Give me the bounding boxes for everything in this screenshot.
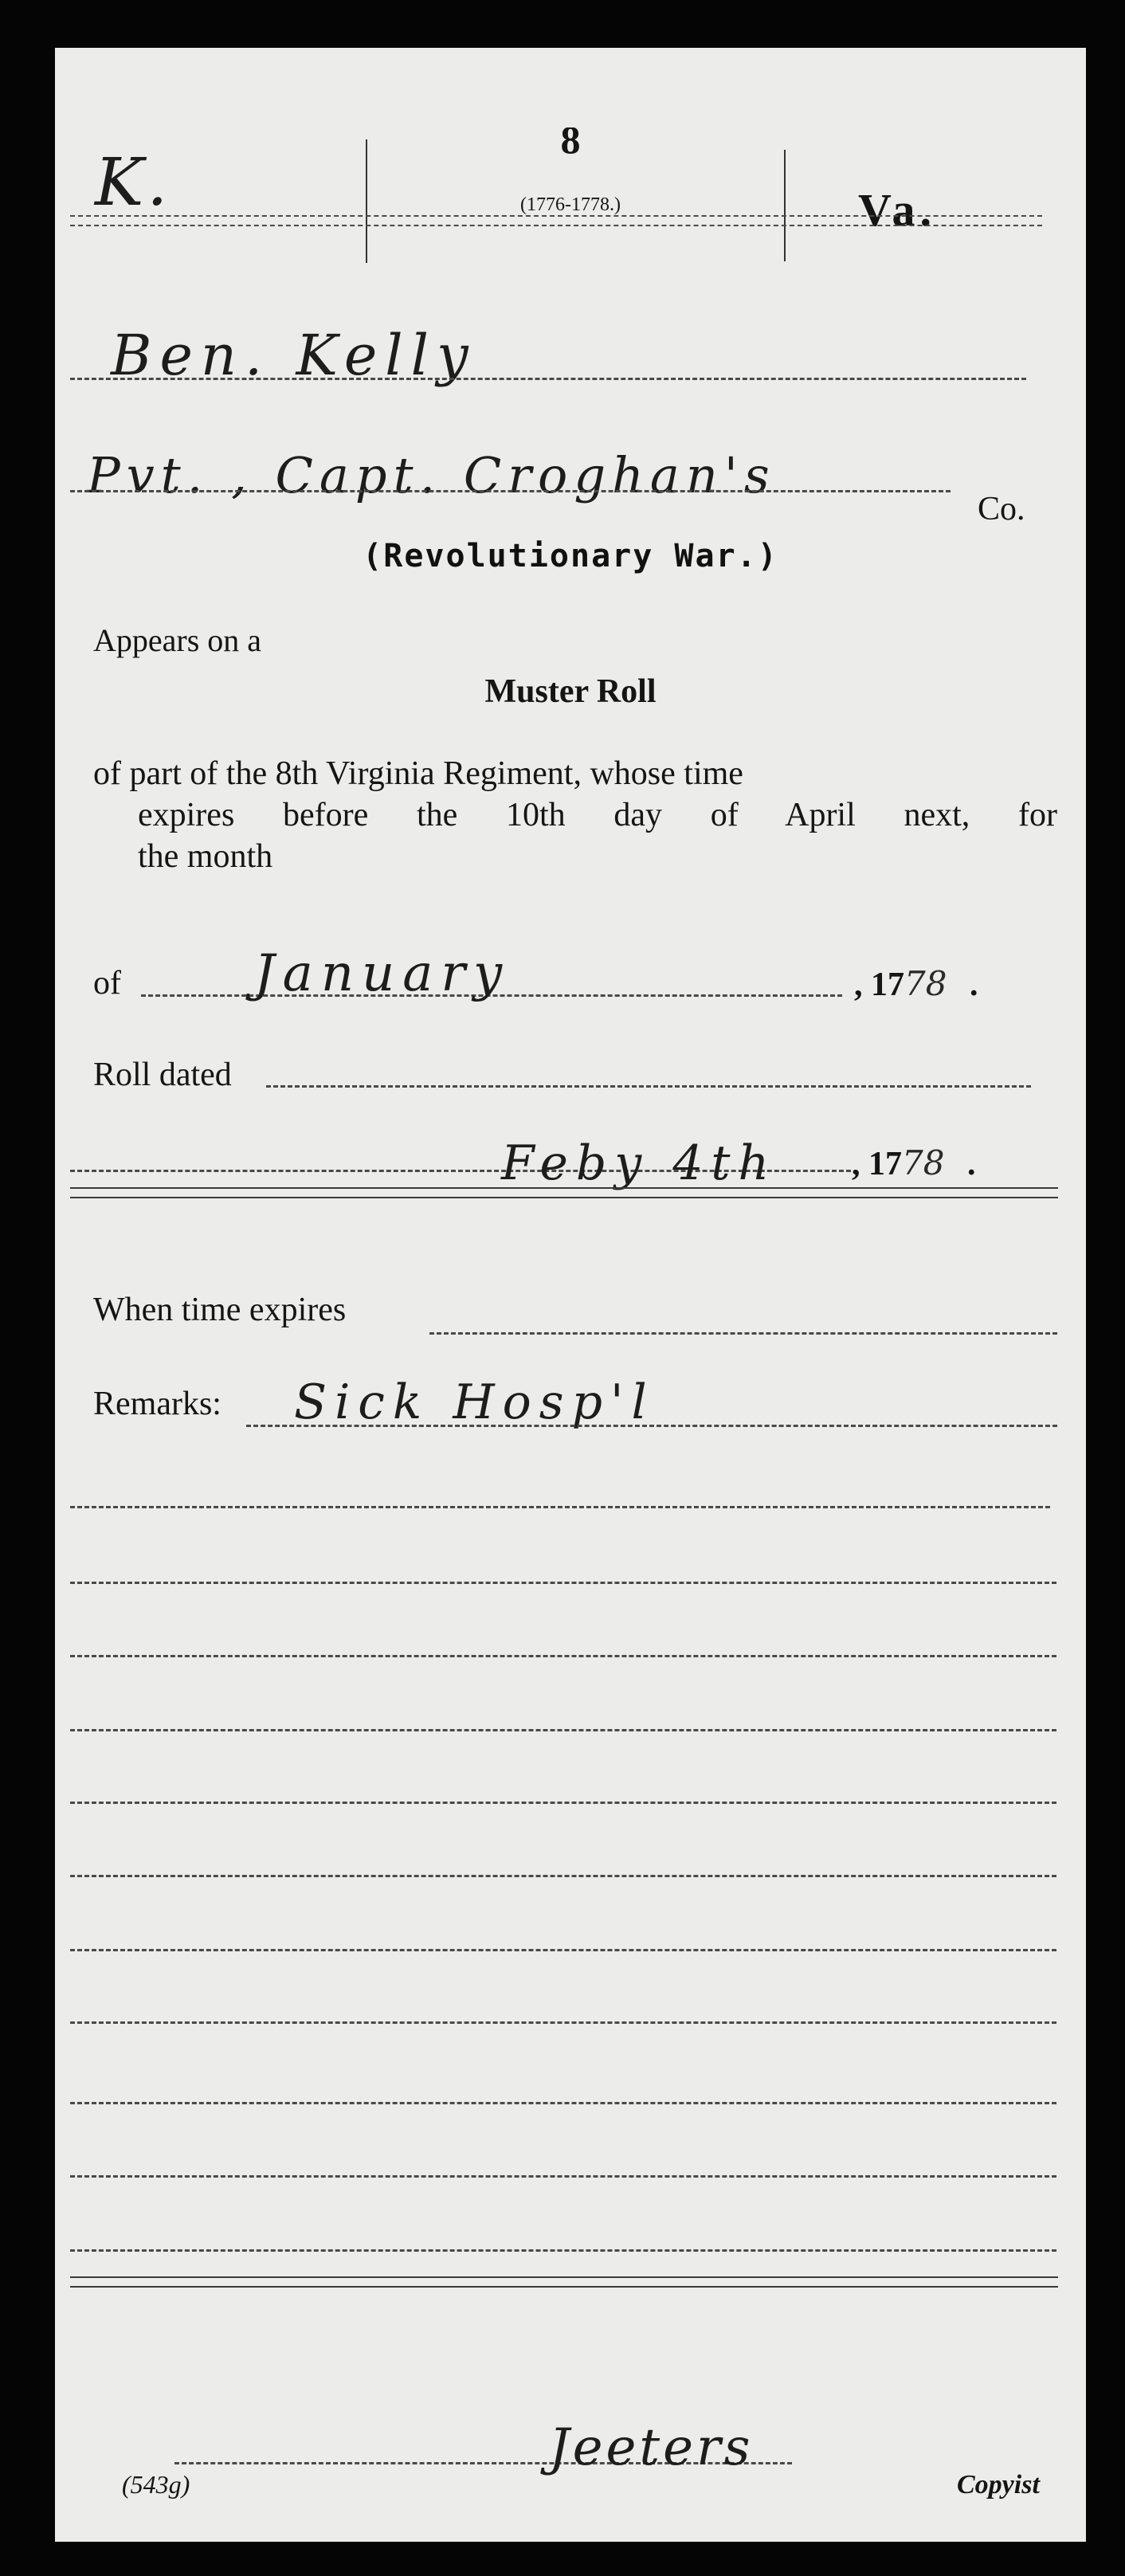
header-rule-top: [70, 215, 1042, 217]
form-number: (543g): [122, 2470, 190, 2500]
month-year-printed: 17: [871, 966, 904, 1003]
header-divider-right: [784, 150, 786, 261]
name-line: [70, 378, 1026, 380]
remarks-line-6: [70, 1802, 1056, 1804]
remarks-label: Remarks:: [93, 1385, 221, 1423]
company-suffix: Co.: [978, 490, 1025, 528]
remarks-line-9: [70, 2021, 1056, 2024]
copyist-label: Copyist: [957, 2470, 1040, 2500]
appears-on-label: Appears on a: [93, 621, 261, 659]
remarks-line-2: [70, 1506, 1050, 1508]
company-line: [70, 490, 951, 492]
month-label: of: [93, 964, 121, 1002]
roll-dated-label: Roll dated: [93, 1056, 232, 1094]
roll-dated-year-period: .: [967, 1146, 976, 1182]
remarks-line-3: [70, 1582, 1056, 1584]
record-type: Muster Roll: [55, 672, 1086, 711]
roll-dated-year-printed: 17: [868, 1146, 902, 1182]
regiment-number: 8: [55, 127, 1086, 159]
roll-dated-line: [266, 1085, 1031, 1088]
roll-dated-year-comma: ,: [852, 1146, 860, 1182]
description-line-3: the month: [93, 836, 1057, 877]
roll-dated-value: Feby 4th: [501, 1135, 777, 1191]
muster-roll-card: K. 8 (1776-1778.) Va. Ben. Kelly Pvt. , …: [55, 48, 1086, 2542]
time-expires-line: [429, 1332, 1057, 1335]
copyist-signature: Jeeters: [549, 2418, 753, 2477]
remarks-line-4: [70, 1655, 1056, 1657]
month-value: January: [254, 944, 510, 1003]
roll-dated-year: , 1778 .: [852, 1143, 975, 1183]
section-divider-1: [70, 1187, 1058, 1198]
remarks-line-1: [246, 1425, 1057, 1427]
roll-dated-year-written: 78: [902, 1143, 944, 1182]
month-year-period: .: [970, 966, 978, 1003]
war-title: (Revolutionary War.): [55, 538, 1086, 574]
remarks-line-5: [70, 1729, 1056, 1731]
remarks-value: Sick Hosp'l: [294, 1374, 655, 1430]
remarks-line-7: [70, 1875, 1056, 1877]
month-year-comma: ,: [854, 966, 863, 1003]
month-year: , 1778 .: [854, 964, 978, 1004]
record-description: of part of the 8th Virginia Regiment, wh…: [93, 753, 1057, 877]
remarks-line-8: [70, 1949, 1056, 1951]
month-year-written: 78: [904, 964, 947, 1003]
header-rule-bottom: [70, 225, 1042, 226]
remarks-line-11: [70, 2175, 1056, 2178]
description-line-2: expires before the 10th day of April nex…: [93, 794, 1057, 836]
section-divider-2: [70, 2276, 1058, 2288]
description-line-1: of part of the 8th Virginia Regiment, wh…: [93, 753, 1057, 794]
remarks-line-12: [70, 2249, 1056, 2252]
remarks-line-10: [70, 2102, 1056, 2104]
time-expires-label: When time expires: [93, 1291, 346, 1329]
rank-company: Pvt. , Capt. Croghan's: [87, 446, 776, 504]
header-state: Va.: [858, 183, 936, 237]
